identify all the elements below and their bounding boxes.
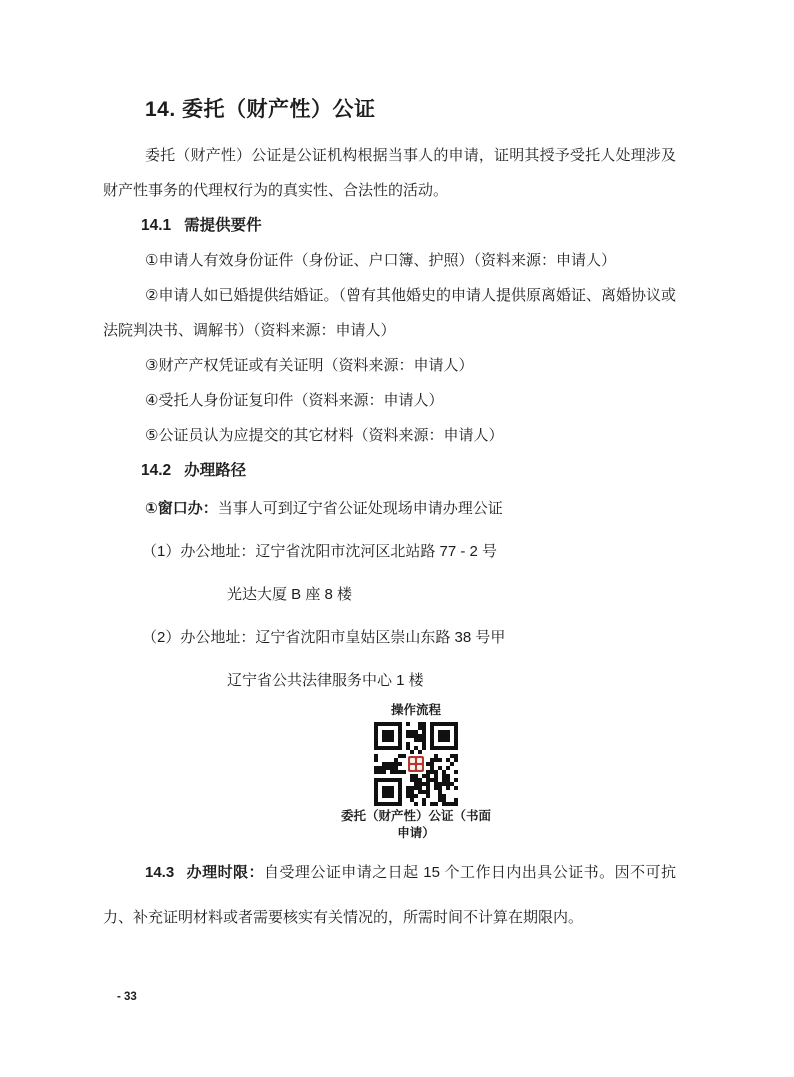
seal-glyph-block bbox=[417, 758, 422, 763]
deadline-paragraph: 14.3办理时限：自受理公证申请之日起 15 个工作日内出具公证书。因不可抗力、… bbox=[103, 850, 676, 940]
section-heading-path: 14.2办理路径 bbox=[141, 453, 676, 488]
section-number: 14.3 bbox=[145, 864, 174, 881]
requirement-item: ⑤公证员认为应提交的其它材料（资料来源：申请人） bbox=[103, 418, 676, 453]
seal-glyph-block bbox=[410, 765, 415, 770]
section-heading-requirements: 14.1需提供要件 bbox=[141, 208, 676, 243]
address-subline-1: 光达大厦 B 座 8 楼 bbox=[227, 573, 676, 616]
window-channel-label: ①窗口办： bbox=[145, 500, 218, 517]
requirement-item: ③财产产权凭证或有关证明（资料来源：申请人） bbox=[103, 348, 676, 383]
qr-center-seal bbox=[408, 756, 424, 772]
document-content: 14. 委托（财产性）公证 委托（财产性）公证是公证机构根据当事人的申请，证明其… bbox=[103, 0, 676, 940]
requirement-item: ②申请人如已婚提供结婚证。（曾有其他婚史的申请人提供原离婚证、离婚协议或法院判决… bbox=[103, 278, 676, 348]
intro-paragraph: 委托（财产性）公证是公证机构根据当事人的申请，证明其授予受托人处理涉及财产性事务… bbox=[103, 138, 676, 208]
page-title: 14. 委托（财产性）公证 bbox=[145, 96, 676, 124]
section-number: 14.2 bbox=[141, 462, 171, 479]
address-line-1: （1）办公地址：辽宁省沈阳市沈河区北站路 77 - 2 号 bbox=[142, 530, 676, 573]
window-channel-line: ①窗口办：当事人可到辽宁省公证处现场申请办理公证 bbox=[103, 488, 676, 530]
qr-code bbox=[374, 722, 458, 806]
document-page: 14. 委托（财产性）公证 委托（财产性）公证是公证机构根据当事人的申请，证明其… bbox=[0, 0, 794, 1077]
seal-glyph-block bbox=[417, 765, 422, 770]
window-channel-text: 当事人可到辽宁省公证处现场申请办理公证 bbox=[218, 500, 503, 517]
qr-section: 操作流程 委托（财产性）公证（书面申请） bbox=[301, 702, 531, 842]
seal-glyph-block bbox=[410, 758, 415, 763]
qr-caption: 委托（财产性）公证（书面申请） bbox=[341, 808, 491, 842]
page-number: - 33 bbox=[117, 991, 137, 1003]
requirement-item: ①申请人有效身份证件（身份证、户口簿、护照）（资料来源：申请人） bbox=[103, 243, 676, 278]
address-subline-2: 辽宁省公共法律服务中心 1 楼 bbox=[227, 659, 676, 702]
section-title: 需提供要件 bbox=[184, 217, 262, 234]
requirement-item: ④受托人身份证复印件（资料来源：申请人） bbox=[103, 383, 676, 418]
section-title: 办理路径 bbox=[184, 462, 246, 479]
section-number: 14.1 bbox=[141, 217, 171, 234]
deadline-label: 办理时限： bbox=[186, 864, 264, 881]
address-line-2: （2）办公地址：辽宁省沈阳市皇姑区崇山东路 38 号甲 bbox=[142, 616, 676, 659]
qr-flow-label: 操作流程 bbox=[301, 702, 531, 719]
